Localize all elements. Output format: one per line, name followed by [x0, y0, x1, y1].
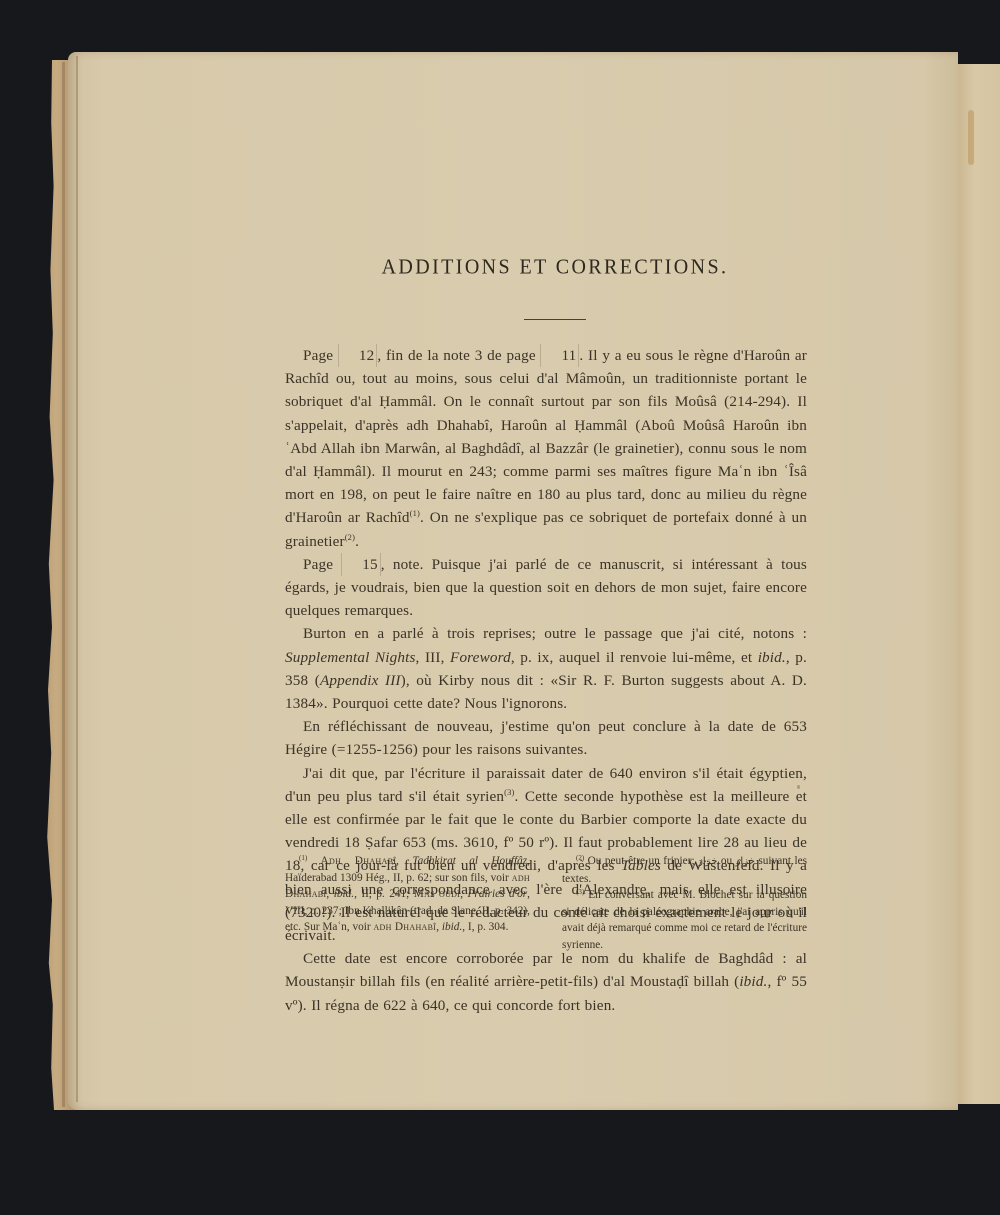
italic-text: Prairies d'or [468, 888, 528, 900]
page-reference: 12 [338, 344, 378, 367]
italic-text: Foreword [450, 649, 511, 666]
italic-text: ibid. [334, 888, 354, 900]
footnote-3: (3) En conversant avec M. Blochet sur la… [562, 887, 807, 953]
footnote-marker: (3) [504, 787, 514, 797]
page-stain [968, 110, 974, 165]
italic-text: Appendix III [320, 672, 401, 689]
paragraph: Page 12, fin de la note 3 de page 11. Il… [285, 344, 807, 553]
page-reference: 15 [341, 553, 381, 576]
italic-text: ibid. [758, 649, 786, 666]
paragraph: En réfléchissant de nouveau, j'estime qu… [285, 715, 807, 761]
footnote-marker: (1) [410, 508, 420, 518]
footnote-1: (1) Adh Dhahabî, Tadhkirat al Ḥouffâẓ, H… [285, 853, 530, 936]
footnote-marker: (2) [345, 532, 355, 542]
page-inner-edge [76, 56, 78, 1102]
facing-page-edge [958, 64, 1000, 1104]
footnote-marker: (3) [576, 888, 584, 896]
footnotes-left-column: (1) Adh Dhahabî, Tadhkirat al Ḥouffâẓ, H… [285, 853, 530, 953]
book-fore-edge-line [62, 62, 65, 1107]
paragraph: Burton en a parlé à trois reprises; outr… [285, 622, 807, 715]
arabic-word: خزاز [698, 856, 717, 867]
footnote-marker: (2) [576, 854, 584, 862]
author-name: Adh Dhahabî [321, 855, 397, 867]
paragraph: Page 15, note. Puisque j'ai parlé de ce … [285, 553, 807, 623]
italic-text: ibid. [442, 921, 462, 933]
page-title: ADDITIONS ET CORRECTIONS. [303, 255, 807, 279]
italic-text: Supplemental Nights [285, 649, 416, 666]
footnote-2: (2) Ou peut-être un fripier; خزاز ou خزا… [562, 853, 807, 887]
footnotes-right-column: (2) Ou peut-être un fripier; خزاز ou خزا… [562, 853, 807, 953]
arabic-word: خزاز [736, 856, 755, 867]
page-reference: 11 [540, 344, 579, 367]
paper-speck [797, 785, 800, 789]
footnotes: (1) Adh Dhahabî, Tadhkirat al Ḥouffâẓ, H… [285, 853, 807, 953]
paragraph: Cette date est encore corroborée par le … [285, 947, 807, 1017]
footnote-marker: (1) [299, 854, 307, 862]
author-name: Masʿoûdî [414, 888, 460, 900]
italic-text: Tadhkirat al Ḥouffâẓ [412, 855, 527, 867]
title-divider [524, 319, 586, 320]
author-name: adh Dhahabî [373, 921, 436, 933]
italic-text: ibid. [739, 973, 767, 990]
